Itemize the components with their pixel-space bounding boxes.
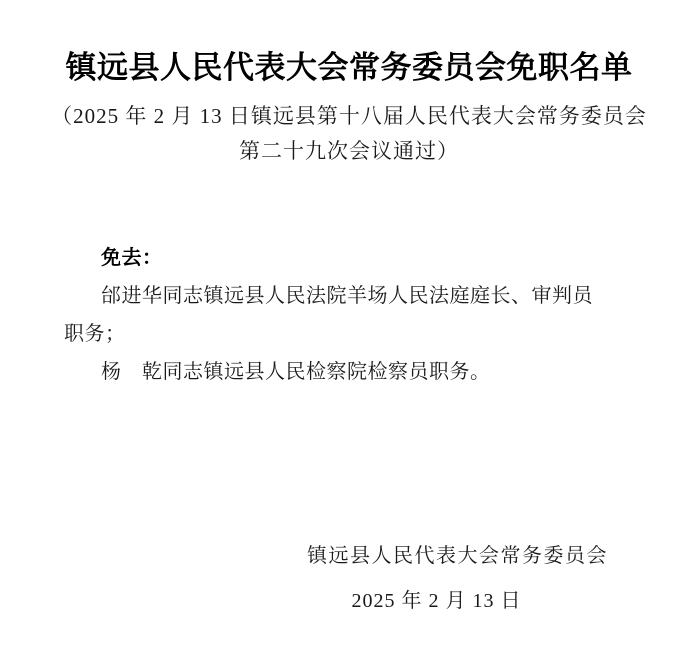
signature-organization: 镇远县人民代表大会常务委员会 (307, 540, 608, 572)
signature-date: 2025 年 2 月 13 日 (307, 586, 608, 616)
subtitle-line-1: （2025 年 2 月 13 日镇远县第十八届人民代表大会常务委员会 (0, 99, 698, 134)
document-title: 镇远县人民代表大会常务委员会免职名单 (0, 48, 698, 88)
document-body: 免去： 邰进华同志镇远县人民法院羊场人民法庭庭长、审判员 职务； 杨 乾同志镇远… (64, 239, 640, 391)
section-heading-mianqu: 免去： (64, 239, 640, 277)
paragraph-2-line-1: 杨 乾同志镇远县人民检察院检察员职务。 (64, 353, 640, 391)
document-footer: 镇远县人民代表大会常务委员会 2025 年 2 月 13 日 (307, 540, 608, 616)
subtitle-line-2: 第二十九次会议通过） (0, 134, 698, 169)
document-page: 镇远县人民代表大会常务委员会免职名单 （2025 年 2 月 13 日镇远县第十… (0, 0, 698, 655)
document-subtitle: （2025 年 2 月 13 日镇远县第十八届人民代表大会常务委员会 第二十九次… (0, 99, 698, 169)
paragraph-1-line-1: 邰进华同志镇远县人民法院羊场人民法庭庭长、审判员 (64, 277, 640, 315)
paragraph-1-line-2: 职务； (64, 315, 640, 353)
